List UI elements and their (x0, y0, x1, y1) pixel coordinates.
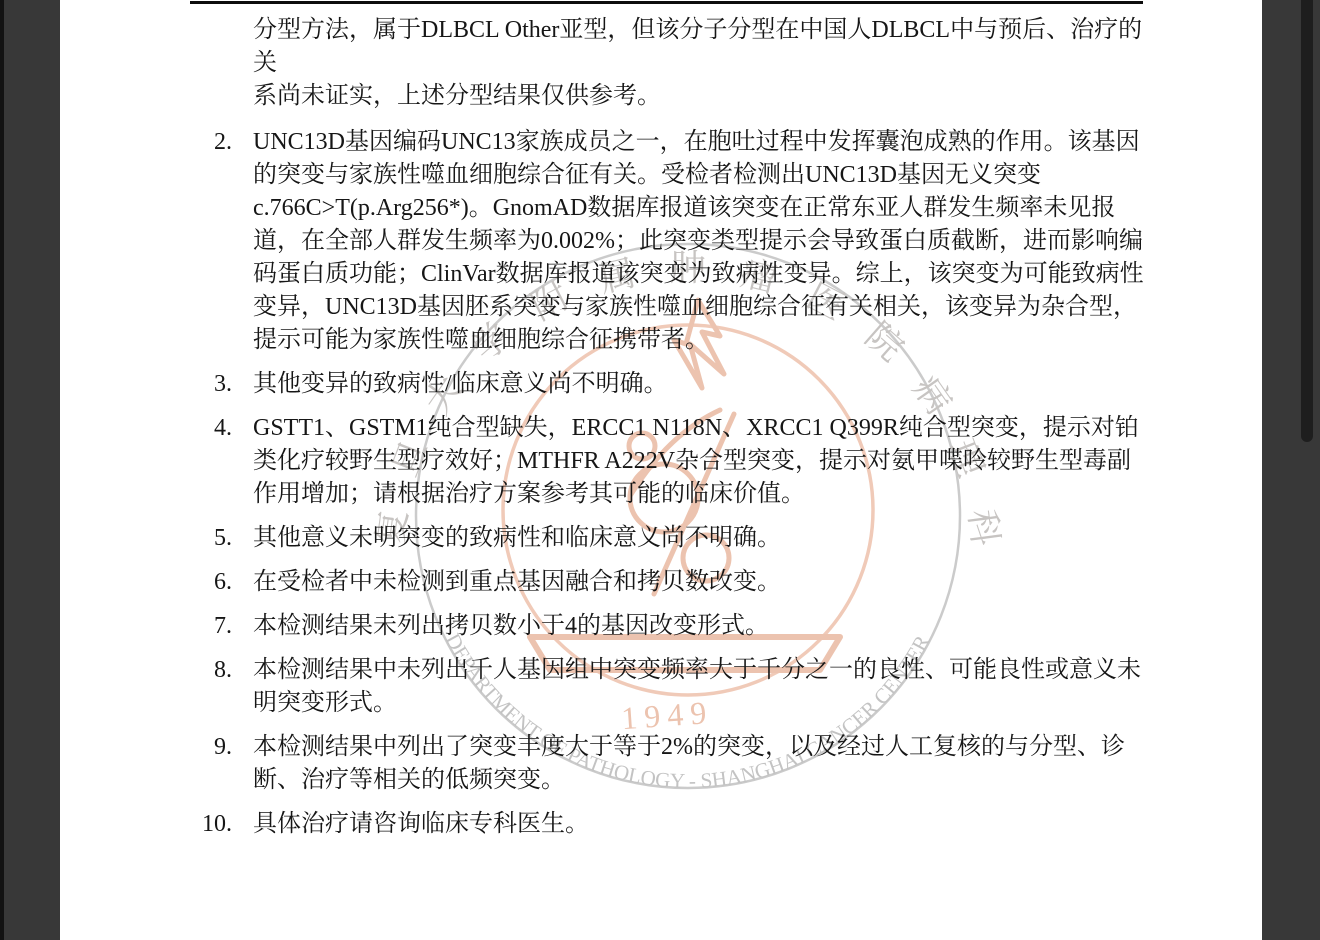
section-divider-rule (190, 1, 1143, 4)
note-text: GSTT1、GSTM1纯合型缺失，ERCC1 N118N、XRCC1 Q399R… (253, 412, 1145, 511)
note-text: 本检测结果中未列出千人基因组中突变频率大于千分之一的良性、可能良性或意义未明突变… (253, 654, 1145, 720)
note-item: 7. 本检测结果未列出拷贝数小于4的基因改变形式。 (60, 610, 1262, 643)
intro-paragraph: 分型方法，属于DLBCL Other亚型，但该分子分型在中国人DLBCL中与预后… (253, 14, 1153, 113)
note-text: 本检测结果中列出了突变丰度大于等于2%的突变，以及经过人工复核的与分型、诊断、治… (253, 731, 1145, 797)
note-number: 3. (60, 368, 232, 401)
window-left-edge (0, 0, 4, 940)
note-item: 2. UNC13D基因编码UNC13家族成员之一，在胞吐过程中发挥囊泡成熟的作用… (60, 126, 1262, 357)
note-text: 在受检者中未检测到重点基因融合和拷贝数改变。 (253, 566, 1145, 599)
scrollbar-track[interactable] (1298, 0, 1320, 940)
notes-section: 分型方法，属于DLBCL Other亚型，但该分子分型在中国人DLBCL中与预后… (60, 14, 1262, 841)
note-number: 8. (60, 654, 232, 720)
note-text: 本检测结果未列出拷贝数小于4的基因改变形式。 (253, 610, 1145, 643)
note-item: 10. 具体治疗请咨询临床专科医生。 (60, 808, 1262, 841)
note-number: 6. (60, 566, 232, 599)
note-item: 4. GSTT1、GSTM1纯合型缺失，ERCC1 N118N、XRCC1 Q3… (60, 412, 1262, 511)
note-text: 具体治疗请咨询临床专科医生。 (253, 808, 1145, 841)
note-item: 3. 其他变异的致病性/临床意义尚不明确。 (60, 368, 1262, 401)
note-text: 其他变异的致病性/临床意义尚不明确。 (253, 368, 1145, 401)
note-item: 5. 其他意义未明突变的致病性和临床意义尚不明确。 (60, 522, 1262, 555)
note-number: 4. (60, 412, 232, 511)
note-item: 9. 本检测结果中列出了突变丰度大于等于2%的突变，以及经过人工复核的与分型、诊… (60, 731, 1262, 797)
note-number: 10. (60, 808, 232, 841)
scrollbar-thumb[interactable] (1301, 0, 1313, 442)
document-page: 1949 复旦大学附属肿瘤医院病理科 DEPARTMENT OF PATHOLO… (60, 0, 1262, 940)
note-item: 8. 本检测结果中未列出千人基因组中突变频率大于千分之一的良性、可能良性或意义未… (60, 654, 1262, 720)
note-item: 6. 在受检者中未检测到重点基因融合和拷贝数改变。 (60, 566, 1262, 599)
note-number: 9. (60, 731, 232, 797)
note-number: 5. (60, 522, 232, 555)
note-text: UNC13D基因编码UNC13家族成员之一，在胞吐过程中发挥囊泡成熟的作用。该基… (253, 126, 1145, 357)
note-text: 其他意义未明突变的致病性和临床意义尚不明确。 (253, 522, 1145, 555)
note-number: 2. (60, 126, 232, 357)
note-number: 7. (60, 610, 232, 643)
